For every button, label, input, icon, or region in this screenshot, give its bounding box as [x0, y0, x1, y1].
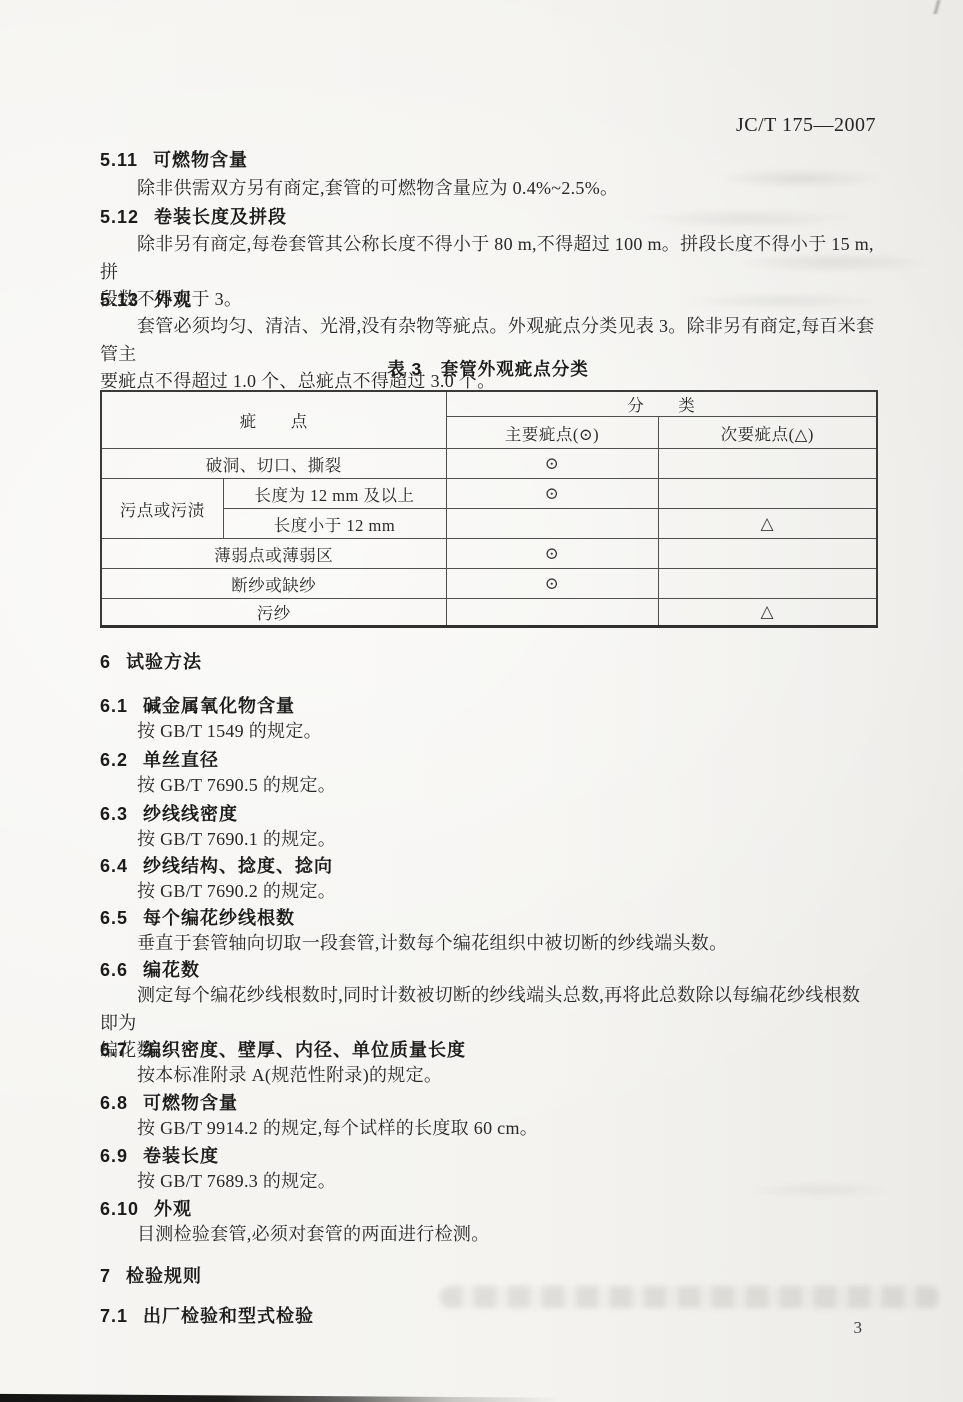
section-number: 5.13	[100, 290, 139, 310]
major-mark: ⊙	[446, 479, 658, 509]
table-row: 污纱 △	[101, 599, 877, 627]
section-paragraph-6-4: 按 GB/T 7690.2 的规定。	[100, 878, 876, 906]
section-paragraph-6-10: 目测检验套管,必须对套管的两面进行检测。	[100, 1221, 876, 1249]
section-heading-6-4: 6.4纱线结构、捻度、捻向	[100, 852, 876, 878]
table3-header-minor-defect: 次要疵点(△)	[658, 417, 877, 449]
section-title: 纱线结构、捻度、捻向	[143, 856, 333, 876]
defect-label: 断纱或缺纱	[101, 569, 446, 599]
section-heading-6-10: 6.10外观	[100, 1195, 876, 1221]
table3-defect-classification: 疵 点 分 类 主要疵点(⊙) 次要疵点(△) 破洞、切口、撕裂 ⊙ 污点或污渍…	[100, 390, 878, 628]
page-number: 3	[100, 1318, 876, 1338]
minor-mark	[658, 479, 877, 509]
section-title: 每个编花纱线根数	[143, 908, 295, 928]
section-number: 6	[100, 652, 111, 672]
minor-mark: △	[658, 599, 877, 627]
section-title: 可燃物含量	[143, 1093, 238, 1113]
scanned-document-page: JC/T 175—2007 5.11可燃物含量 除非供需双方另有商定,套管的可燃…	[0, 0, 963, 1402]
section-heading-6-3: 6.3纱线线密度	[100, 800, 876, 826]
section-number: 6.9	[100, 1146, 128, 1166]
section-paragraph-6-3: 按 GB/T 7690.1 的规定。	[100, 826, 876, 854]
section-heading-5-12: 5.12卷装长度及拼段	[100, 203, 876, 229]
section-title: 外观	[154, 290, 192, 310]
major-mark: ⊙	[446, 569, 658, 599]
section-title: 编织密度、壁厚、内径、单位质量长度	[143, 1040, 466, 1060]
section-heading-6-6: 6.6编花数	[100, 956, 876, 982]
defect-label: 破洞、切口、撕裂	[101, 449, 446, 479]
minor-mark	[658, 569, 877, 599]
section-number: 6.7	[100, 1040, 128, 1060]
section-heading-6-9: 6.9卷装长度	[100, 1142, 876, 1168]
section-title: 试验方法	[126, 652, 202, 672]
section-heading-6-5: 6.5每个编花纱线根数	[100, 904, 876, 930]
section-heading-6: 6试验方法	[100, 648, 876, 674]
table-row: 断纱或缺纱 ⊙	[101, 569, 877, 599]
section-title: 单丝直径	[143, 750, 219, 770]
section-paragraph-5-11: 除非供需双方另有商定,套管的可燃物含量应为 0.4%~2.5%。	[100, 175, 876, 203]
major-mark	[446, 599, 658, 627]
section-number: 5.11	[100, 150, 138, 170]
section-paragraph-6-9: 按 GB/T 7689.3 的规定。	[100, 1168, 876, 1196]
section-number: 6.2	[100, 750, 128, 770]
minor-mark: △	[658, 509, 877, 539]
defect-label: 污纱	[101, 599, 446, 627]
table-row: 污点或污渍 长度为 12 mm 及以上 ⊙	[101, 479, 877, 509]
table-row: 破洞、切口、撕裂 ⊙	[101, 449, 877, 479]
section-number: 5.12	[100, 207, 139, 227]
section-number: 6.4	[100, 856, 128, 876]
section-title: 纱线线密度	[143, 804, 238, 824]
section-paragraph-6-5: 垂直于套管轴向切取一段套管,计数每个编花组织中被切断的纱线端头数。	[100, 930, 876, 958]
major-mark: ⊙	[446, 449, 658, 479]
defect-label: 薄弱点或薄弱区	[101, 539, 446, 569]
section-paragraph-6-2: 按 GB/T 7690.5 的规定。	[100, 772, 876, 800]
table3-header-major-defect: 主要疵点(⊙)	[446, 417, 658, 449]
section-number: 6.8	[100, 1093, 128, 1113]
section-title: 检验规则	[126, 1266, 202, 1286]
defect-label: 长度为 12 mm 及以上	[223, 479, 446, 509]
section-paragraph-6-1: 按 GB/T 1549 的规定。	[100, 718, 876, 746]
section-number: 6.6	[100, 960, 128, 980]
table3-header-defect: 疵 点	[101, 391, 446, 449]
table3-header-category: 分 类	[446, 391, 877, 417]
section-title: 卷装长度及拼段	[154, 207, 287, 227]
section-title: 编花数	[143, 960, 200, 980]
section-heading-5-13: 5.13外观	[100, 286, 876, 312]
section-paragraph-6-8: 按 GB/T 9914.2 的规定,每个试样的长度取 60 cm。	[100, 1115, 876, 1143]
scan-corner-mark	[920, 0, 954, 14]
section-title: 外观	[154, 1199, 192, 1219]
section-heading-6-2: 6.2单丝直径	[100, 746, 876, 772]
section-title: 碱金属氧化物含量	[143, 696, 295, 716]
table3-caption: 表 3 套管外观疵点分类	[100, 356, 876, 381]
scan-edge-shadow	[0, 1393, 560, 1402]
section-title: 可燃物含量	[153, 150, 248, 170]
section-heading-6-7: 6.7编织密度、壁厚、内径、单位质量长度	[100, 1036, 876, 1062]
section-heading-6-1: 6.1碱金属氧化物含量	[100, 692, 876, 718]
section-number: 6.5	[100, 908, 128, 928]
section-number: 6.3	[100, 804, 128, 824]
minor-mark	[658, 539, 877, 569]
section-heading-7: 7检验规则	[100, 1262, 876, 1288]
section-number: 7	[100, 1266, 111, 1286]
section-paragraph-6-7: 按本标准附录 A(规范性附录)的规定。	[100, 1062, 876, 1090]
defect-label: 长度小于 12 mm	[223, 509, 446, 539]
standard-code: JC/T 175—2007	[100, 114, 876, 137]
defect-group-label: 污点或污渍	[101, 479, 223, 539]
section-title: 卷装长度	[143, 1146, 219, 1166]
section-paragraph-5-13: 套管必须均匀、清洁、光滑,没有杂物等疵点。外观疵点分类见表 3。除非另有商定,每…	[100, 313, 876, 396]
section-number: 6.10	[100, 1199, 139, 1219]
table-row: 薄弱点或薄弱区 ⊙	[101, 539, 877, 569]
section-heading-6-8: 6.8可燃物含量	[100, 1089, 876, 1115]
major-mark: ⊙	[446, 539, 658, 569]
section-heading-5-11: 5.11可燃物含量	[100, 146, 876, 172]
major-mark	[446, 509, 658, 539]
section-number: 6.1	[100, 696, 128, 716]
minor-mark	[658, 449, 877, 479]
